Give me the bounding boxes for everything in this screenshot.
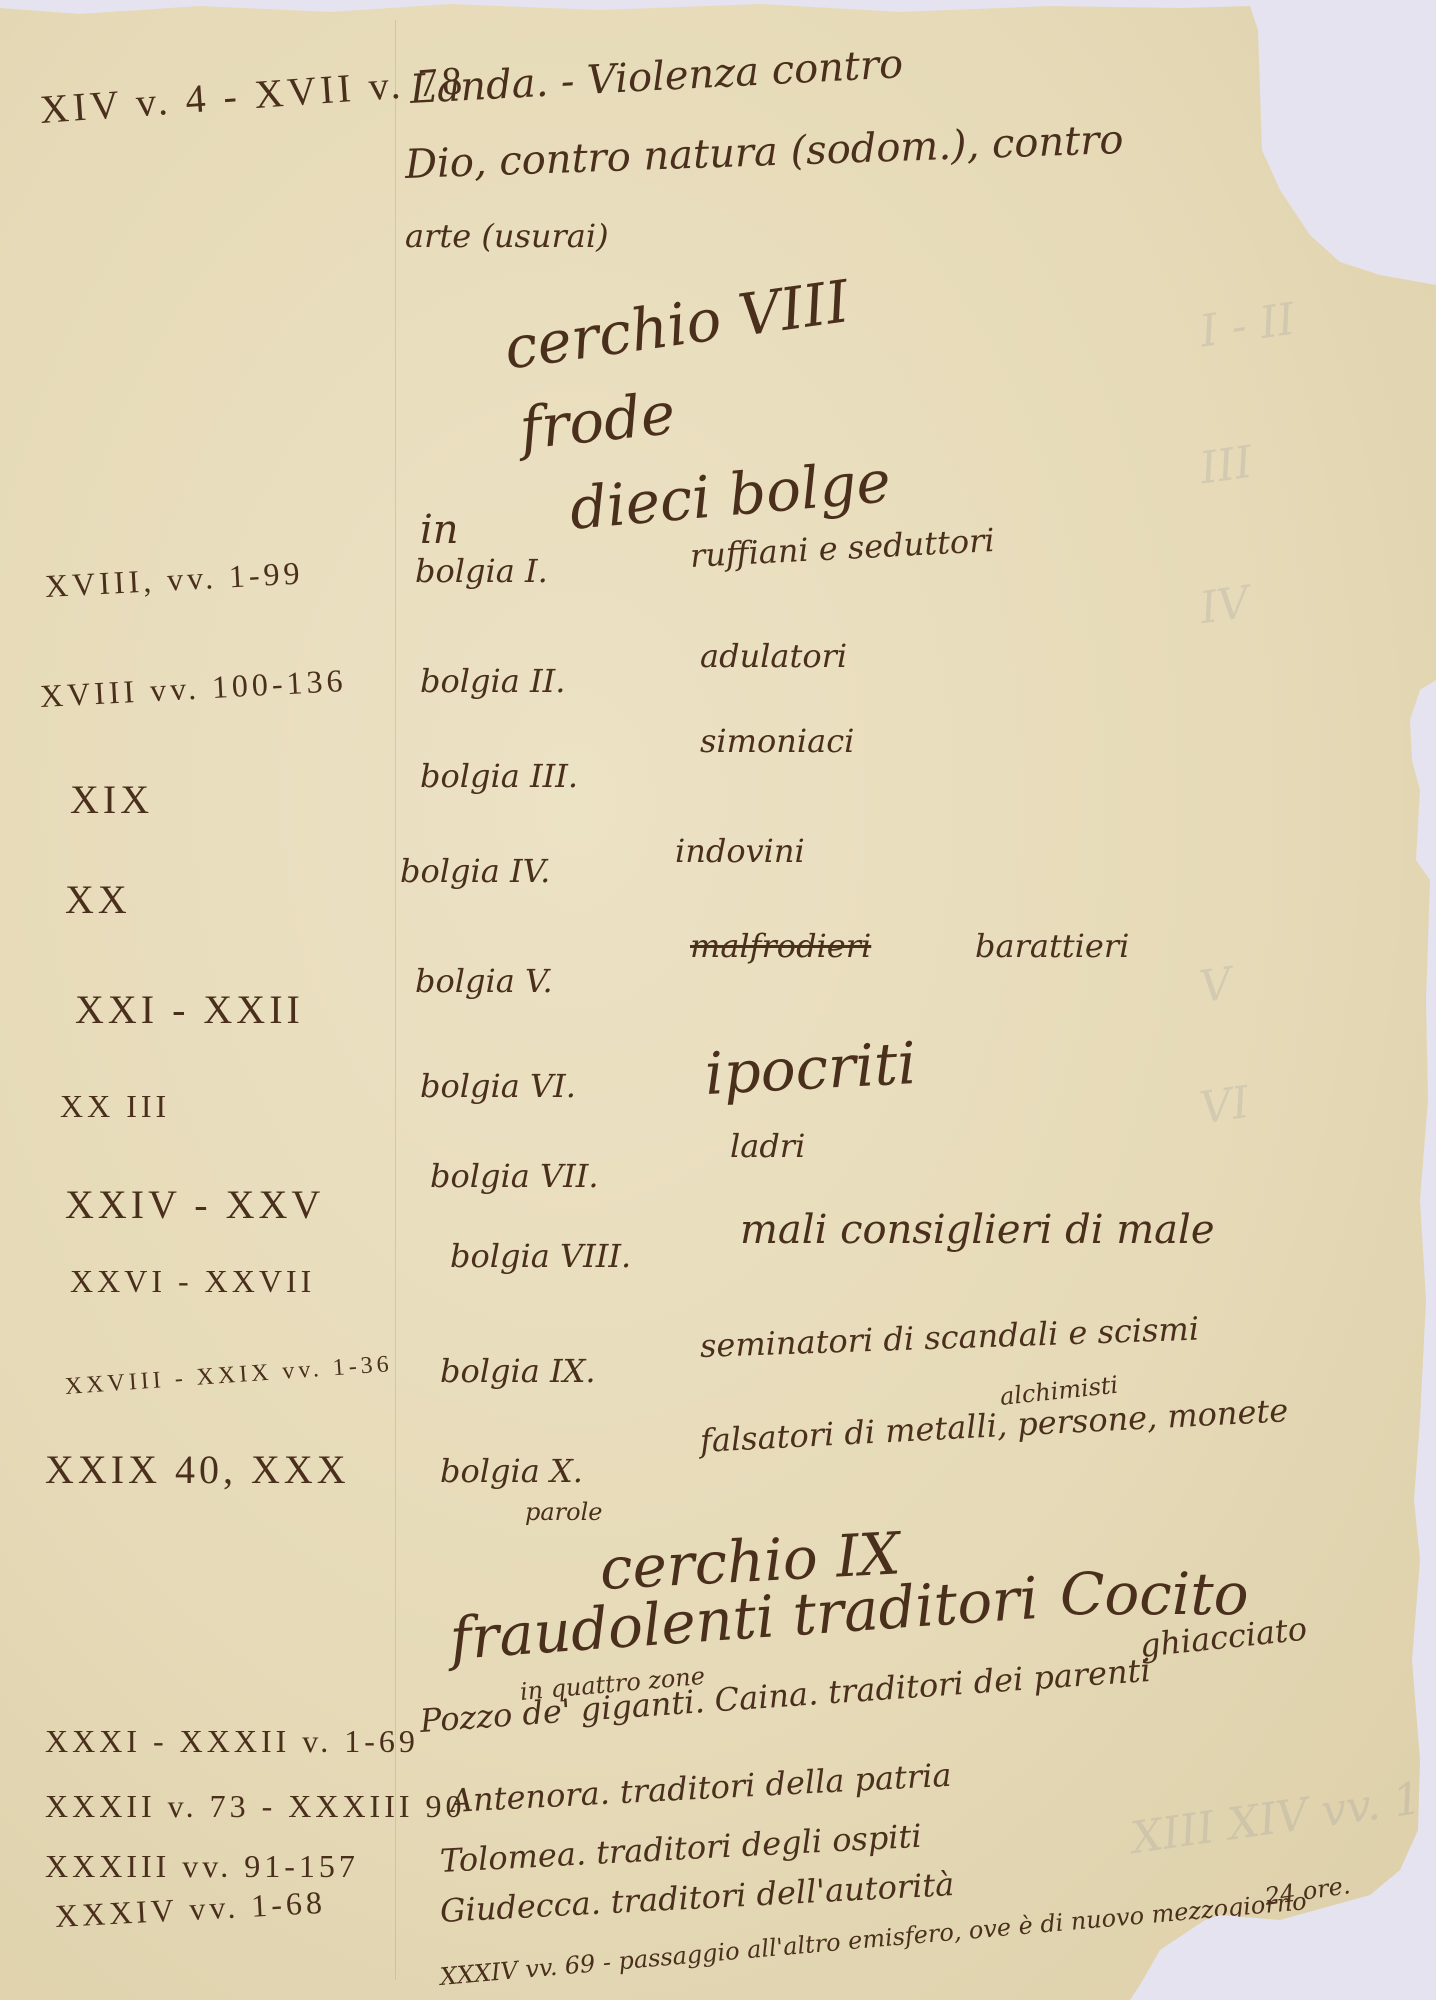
bolgia-5-label: bolgia V.: [415, 965, 553, 997]
intro-line-1: Landa. - Violenza contro: [409, 44, 904, 110]
canto-ref-bolgia-6: XX III: [60, 1090, 170, 1122]
canto-ref-intro: XIV v. 4 - XVII v. 78: [39, 60, 468, 130]
bolgia-3-label: bolgia III.: [420, 760, 578, 792]
canto-ref-zone-4: XXXIV vv. 1-68: [54, 1886, 326, 1932]
bolgia-4-label: bolgia IV.: [400, 855, 550, 887]
bolgia-7-label: bolgia VII.: [430, 1160, 599, 1192]
circle-8-fraud: frode: [517, 384, 678, 458]
bolgia-7-sinners: ladri: [730, 1130, 805, 1162]
bleed-through-text: VI: [1197, 1077, 1253, 1134]
circle-8-heading: cerchio VIII: [501, 272, 853, 378]
zone-2-text: Antenora. traditori della patria: [449, 1759, 952, 1817]
bolgia-8-label: bolgia VIII.: [450, 1240, 631, 1272]
canto-ref-bolgia-4: XX: [65, 880, 131, 920]
canto-ref-bolgia-1: XVIII, vv. 1-99: [44, 556, 304, 601]
bolgia-1-label: bolgia I.: [415, 555, 548, 587]
bleed-through-text: XIII XIV vv. 1-3: [1128, 1767, 1436, 1864]
circle-8-in: in: [420, 510, 459, 550]
bolgia-2-label: bolgia II.: [420, 665, 565, 697]
circle-9-traitors: fraudolenti traditori: [448, 1569, 1040, 1668]
ending-note: 24 ore.: [1263, 1873, 1351, 1909]
bolgia-8-sinners: mali consiglieri di male: [740, 1210, 1215, 1250]
canto-ref-bolgia-10: XXIX 40, XXX: [45, 1450, 350, 1490]
margin-fold-line: [395, 20, 396, 1980]
circle-8-ten-bolge: dieci bolge: [567, 452, 892, 538]
canto-ref-bolgia-2: XVIII vv. 100-136: [39, 664, 347, 712]
bolgia-10-label: bolgia X.: [440, 1455, 583, 1487]
bleed-through-text: I - II: [1197, 294, 1298, 358]
bolgia-5-struck-word: malfrodieri: [690, 930, 871, 962]
canto-ref-zone-3: XXXIII vv. 91-157: [45, 1850, 359, 1882]
bolgia-2-sinners: adulatori: [700, 640, 847, 672]
bleed-through-text: IV: [1197, 577, 1253, 634]
bolgia-5-sinners: barattieri: [975, 930, 1129, 962]
bolgia-9-label: bolgia IX.: [440, 1355, 596, 1387]
canto-ref-bolgia-9: XXVIII - XXIX vv. 1-36: [64, 1352, 393, 1399]
canto-ref-bolgia-3: XIX: [70, 780, 153, 820]
bleed-through-text: III: [1197, 437, 1256, 495]
bolgia-6-sinners: ipocriti: [703, 1034, 917, 1103]
intro-line-3: arte (usurai): [405, 220, 609, 252]
bleed-through-text: V: [1197, 958, 1236, 1013]
zone-3-text: Tolomea. traditori degli ospiti: [439, 1820, 922, 1877]
canto-ref-bolgia-8: XXVI - XXVII: [70, 1265, 315, 1297]
manuscript-page: I - II III IV V VI XIII XIV vv. 1-3 XIV …: [0, 0, 1436, 2000]
bolgia-10-note: parole: [525, 1500, 602, 1524]
bolgia-10-sinners: falsatori di metalli, persone, monete: [699, 1394, 1289, 1457]
canto-ref-zone-2: XXXII v. 73 - XXXIII 90: [45, 1790, 466, 1822]
bolgia-9-sinners: seminatori di scandali e scismi: [699, 1313, 1199, 1362]
bolgia-4-sinners: indovini: [675, 835, 805, 867]
canto-ref-bolgia-5: XXI - XXII: [75, 990, 304, 1030]
bolgia-3-sinners: simoniaci: [700, 725, 854, 757]
canto-ref-bolgia-7: XXIV - XXV: [65, 1185, 324, 1225]
zone-4-text: Giudecca. traditori dell'autorità: [439, 1868, 955, 1927]
bolgia-1-sinners: ruffiani e seduttori: [689, 524, 995, 572]
intro-line-2: Dio, contro natura (sodom.), contro: [404, 120, 1124, 185]
bolgia-6-label: bolgia VI.: [420, 1070, 576, 1102]
circle-9-cocytus: Cocito: [1060, 1565, 1249, 1623]
canto-ref-zone-1: XXXI - XXXII v. 1-69: [45, 1725, 419, 1757]
